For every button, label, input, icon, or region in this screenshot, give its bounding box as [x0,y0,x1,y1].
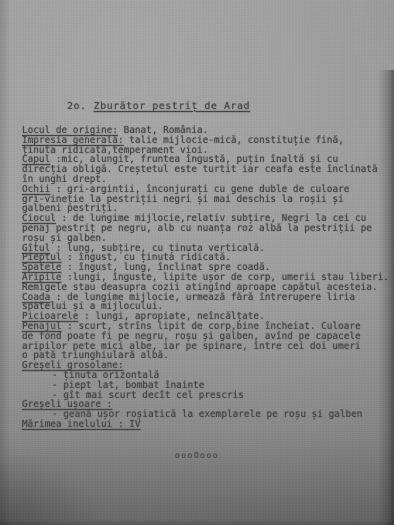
document-line: Mărimea inelului : IV [22,420,384,430]
document-title: 2o.Zburător pestriț de Arad [67,101,250,112]
bottom-left-vignette [0,435,120,525]
title-text: Zburător pestriț de Arad [94,101,251,112]
paper-right-edge-shadow [378,70,394,525]
photographed-document-page: 2o.Zburător pestriț de Arad Locul de ori… [0,0,394,525]
line-keyword: Mărimea inelului : IV [22,419,141,430]
document-body: Locul de origine: Banat, România.Impresi… [22,126,384,430]
title-number: 2o. [67,101,87,112]
